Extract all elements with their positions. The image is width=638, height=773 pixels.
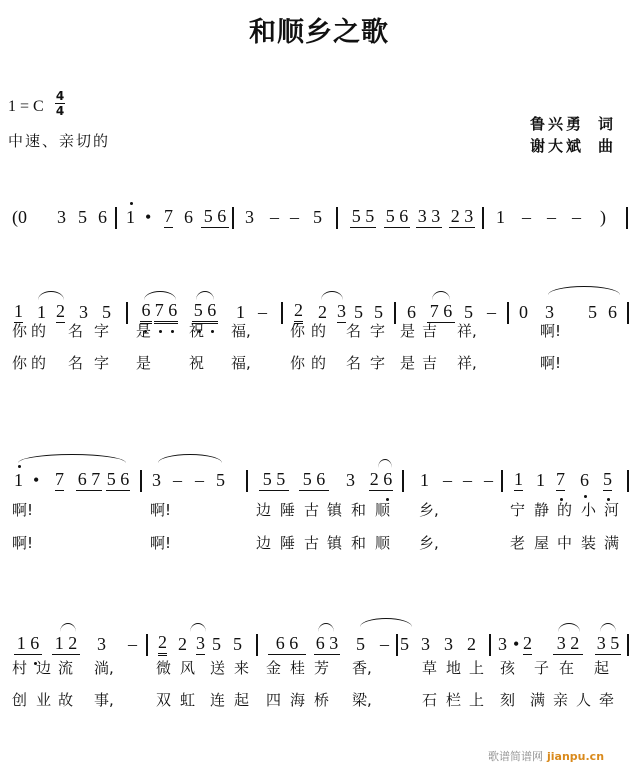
barline <box>626 207 628 229</box>
note: 3 <box>498 632 507 656</box>
lyric-verse-1: 微 <box>156 657 171 678</box>
note: 2 <box>178 632 187 656</box>
composer-role: 曲 <box>598 137 616 155</box>
octave-dot-below <box>211 330 214 333</box>
note: 3 <box>421 632 430 656</box>
barline <box>396 634 398 656</box>
lyric-verse-1: 陲 <box>280 499 295 520</box>
note: 3 <box>337 300 346 323</box>
lyric-verse-2: 海 <box>290 689 305 710</box>
note: – <box>195 468 204 492</box>
lyric-verse-2: 事, <box>94 689 114 710</box>
note: 7 <box>55 468 64 491</box>
lyric-verse-1: 字 <box>94 320 109 341</box>
note: – <box>380 632 389 656</box>
lyric-verse-2: 顺 <box>375 532 390 553</box>
notation-line-1: (03561•765 63––55 55 63 32 31–––) <box>0 205 638 235</box>
slur <box>600 623 616 632</box>
barline <box>627 302 629 324</box>
lyric-verse-1: 地 <box>446 657 461 678</box>
lyric-verse-2: 人 <box>576 689 591 710</box>
lyricist-name: 鲁兴勇 <box>530 115 584 133</box>
lyric-verse-2: 上 <box>469 689 484 710</box>
lyric-verse-2: 四 <box>266 689 281 710</box>
barline <box>627 634 629 656</box>
time-signature-bottom: 4 <box>55 105 65 117</box>
key-signature: 1 = C <box>8 98 44 116</box>
lyric-verse-2: 满 <box>604 532 619 553</box>
lyric-verse-2: 虹 <box>180 689 195 710</box>
note: 5 6 <box>384 205 410 228</box>
lyric-verse-1: 草 <box>422 657 437 678</box>
lyric-verse-1: 和 <box>351 499 366 520</box>
slur <box>144 291 176 300</box>
tempo-marking: 中速、亲切的 <box>8 130 110 151</box>
barline <box>336 207 338 229</box>
barline <box>394 302 396 324</box>
lyric-verse-2: 亲 <box>553 689 568 710</box>
lyric-verse-2: 边 <box>256 532 271 553</box>
lyric-verse-1: 金 <box>266 657 281 678</box>
octave-dot-below <box>159 330 162 333</box>
slur <box>378 459 392 468</box>
barline <box>246 470 248 492</box>
lyric-verse-2: 吉 <box>422 352 437 373</box>
note: – <box>270 205 279 229</box>
note: 3 3 <box>416 205 442 228</box>
octave-dot-above <box>18 465 21 468</box>
lyric-verse-1: 在 <box>559 657 574 678</box>
note: 5 6 <box>201 205 229 228</box>
barline <box>256 634 258 656</box>
note: – <box>463 468 472 492</box>
slur <box>321 291 343 300</box>
note: • <box>33 468 39 492</box>
lyric-verse-2: 连 <box>210 689 225 710</box>
lyricist-role: 词 <box>598 115 616 133</box>
lyric-verse-1: 祥, <box>457 320 477 341</box>
note: 5 5 <box>350 205 376 228</box>
lyric-verse-2: 你 <box>290 352 305 373</box>
note: 6 7 <box>76 468 102 491</box>
lyric-verse-2: 镇 <box>327 532 342 553</box>
lyric-verse-1: 小 <box>581 499 596 520</box>
lyric-verse-2: 双 <box>156 689 171 710</box>
note: 5 <box>356 632 365 656</box>
note: 6 3 <box>314 632 340 655</box>
note: 5 6 <box>106 468 130 491</box>
watermark-en: jianpu.cn <box>547 750 604 763</box>
lyric-verse-1: 啊! <box>150 499 171 520</box>
note: 1 <box>536 468 545 492</box>
lyric-verse-2: 是 <box>136 352 151 373</box>
lyric-verse-2: 屋 <box>534 532 549 553</box>
barline <box>146 634 148 656</box>
note: – <box>173 468 182 492</box>
note: 6 <box>98 205 107 229</box>
lyric-verse-1: 子 <box>534 657 549 678</box>
watermark: 歌谱简谱网jianpu.cn <box>488 748 604 764</box>
lyric-verse-2: 字 <box>370 352 385 373</box>
lyric-verse-1: 风 <box>180 657 195 678</box>
octave-dot-below <box>171 330 174 333</box>
octave-dot-below <box>584 495 587 498</box>
note: 6 <box>608 300 617 324</box>
note: 5 <box>313 205 322 229</box>
note: ) <box>600 205 606 229</box>
lyric-verse-2: 创 <box>12 689 27 710</box>
note: – <box>128 632 137 656</box>
lyric-verse-2: 故 <box>58 689 73 710</box>
note: 3 <box>346 468 355 492</box>
note: 3 5 <box>595 632 621 655</box>
note: 2 <box>56 300 65 323</box>
note: 7 <box>556 468 565 491</box>
note: 2 <box>523 632 532 655</box>
notation-line-3: 1•76 75 63––55 55 632 61–––11765 <box>0 468 638 498</box>
watermark-cn: 歌谱简谱网 <box>488 750 543 763</box>
barline <box>232 207 234 229</box>
lyric-verse-2: 古 <box>304 532 319 553</box>
lyric-verse-1: 古 <box>304 499 319 520</box>
lyric-verse-2: 是 <box>400 352 415 373</box>
lyric-verse-1: 乡, <box>419 499 439 520</box>
lyric-verse-1: 河 <box>604 499 619 520</box>
lyric-verse-2: 名 <box>68 352 83 373</box>
lyric-verse-2: 啊! <box>150 532 171 553</box>
note: 5 <box>588 300 597 324</box>
note: 2 6 <box>369 468 393 491</box>
note: • <box>145 205 151 229</box>
note: 0 <box>519 300 528 324</box>
note: – <box>547 205 556 229</box>
time-signature-top: 4 <box>55 90 65 102</box>
barline <box>115 207 117 229</box>
slur <box>196 291 214 300</box>
lyric-verse-2: 的 <box>31 352 46 373</box>
lyric-verse-1: 起 <box>594 657 609 678</box>
note: 1 6 <box>14 632 42 655</box>
lyric-verse-2: 桥 <box>314 689 329 710</box>
note: 5 5 <box>259 468 289 491</box>
lyric-verse-2: 的 <box>311 352 326 373</box>
lyric-verse-1: 啊! <box>540 320 561 341</box>
lyric-verse-1: 上 <box>469 657 484 678</box>
note: 2 <box>158 632 167 656</box>
slur <box>318 623 334 632</box>
note: 3 <box>152 468 161 492</box>
note: 5 <box>400 632 409 656</box>
barline <box>507 302 509 324</box>
note: 1 <box>514 468 523 491</box>
note: – <box>487 300 496 324</box>
lyric-verse-1: 祝 <box>189 320 204 341</box>
lyric-verse-2: 老 <box>510 532 525 553</box>
note: (0 <box>12 205 27 229</box>
lyric-verse-1: 的 <box>311 320 326 341</box>
note: 1 <box>14 468 23 492</box>
note: 7 6 <box>154 300 178 324</box>
slur <box>38 291 64 300</box>
composer-credit: 谢大斌曲 <box>530 135 616 156</box>
lyric-verse-1: 静 <box>534 499 549 520</box>
slur <box>18 454 126 463</box>
note: – <box>443 468 452 492</box>
note: 3 <box>245 205 254 229</box>
composer-name: 谢大斌 <box>530 137 584 155</box>
note: 6 <box>580 468 589 492</box>
note: 5 <box>603 468 612 491</box>
note: 1 <box>420 468 429 492</box>
barline <box>482 207 484 229</box>
lyric-verse-2: 满 <box>530 689 545 710</box>
lyric-verse-1: 是 <box>136 320 151 341</box>
lyric-verse-2: 祥, <box>457 352 477 373</box>
lyric-verse-1: 你 <box>290 320 305 341</box>
song-title: 和顺乡之歌 <box>0 10 638 49</box>
lyric-verse-1: 桂 <box>290 657 305 678</box>
lyric-verse-1: 孩 <box>500 657 515 678</box>
note: 6 6 <box>268 632 306 655</box>
lyric-verse-2: 字 <box>94 352 109 373</box>
lyric-verse-2: 起 <box>234 689 249 710</box>
lyric-verse-1: 名 <box>68 320 83 341</box>
lyric-verse-2: 石 <box>422 689 437 710</box>
note: 5 <box>216 468 225 492</box>
note: 3 <box>97 632 106 656</box>
barline <box>126 302 128 324</box>
lyric-verse-1: 村 <box>12 657 27 678</box>
lyric-verse-2: 梁, <box>352 689 372 710</box>
barline <box>402 470 404 492</box>
octave-dot-above <box>130 202 133 205</box>
note: 5 6 <box>299 468 329 491</box>
note: 7 <box>164 205 173 228</box>
barline <box>281 302 283 324</box>
note: 2 3 <box>449 205 475 228</box>
note: 6 <box>184 205 193 229</box>
lyric-verse-2: 牵 <box>599 689 614 710</box>
lyric-verse-2: 名 <box>346 352 361 373</box>
lyric-verse-2: 乡, <box>419 532 439 553</box>
lyric-verse-1: 淌, <box>94 657 114 678</box>
lyric-verse-1: 宁 <box>510 499 525 520</box>
lyric-verse-2: 你 <box>12 352 27 373</box>
lyric-verse-2: 祝 <box>189 352 204 373</box>
note: – <box>484 468 493 492</box>
note: 2 <box>467 632 476 656</box>
barline <box>489 634 491 656</box>
lyric-verse-2: 福, <box>231 352 251 373</box>
lyric-verse-1: 吉 <box>422 320 437 341</box>
note: 5 <box>233 632 242 656</box>
lyric-verse-1: 你 <box>12 320 27 341</box>
note: – <box>522 205 531 229</box>
lyric-verse-1: 名 <box>346 320 361 341</box>
note: 3 <box>444 632 453 656</box>
note: 3 <box>196 632 205 655</box>
lyric-verse-1: 边 <box>256 499 271 520</box>
slur <box>158 454 222 463</box>
note: 3 2 <box>553 632 583 655</box>
slur <box>190 623 206 632</box>
note: – <box>572 205 581 229</box>
time-signature: 4 4 <box>55 90 65 117</box>
slur <box>60 623 76 632</box>
lyric-verse-1: 香, <box>352 657 372 678</box>
lyric-verse-1: 的 <box>31 320 46 341</box>
note: 1 <box>126 205 135 229</box>
note: 5 <box>212 632 221 656</box>
lyric-verse-2: 装 <box>581 532 596 553</box>
note: 1 <box>496 205 505 229</box>
lyric-verse-1: 送 <box>210 657 225 678</box>
note: 5 <box>78 205 87 229</box>
lyric-verse-2: 啊! <box>540 352 561 373</box>
slur <box>558 623 580 632</box>
slur <box>432 291 450 300</box>
lyric-verse-2: 陲 <box>280 532 295 553</box>
lyric-verse-1: 字 <box>370 320 385 341</box>
lyric-verse-1: 镇 <box>327 499 342 520</box>
lyric-verse-2: 业 <box>36 689 51 710</box>
note: 3 <box>57 205 66 229</box>
note: – <box>258 300 267 324</box>
lyric-verse-1: 的 <box>557 499 572 520</box>
lyric-verse-2: 和 <box>351 532 366 553</box>
lyric-verse-2: 中 <box>557 532 572 553</box>
lyric-verse-1: 流 <box>58 657 73 678</box>
lyric-verse-1: 顺 <box>375 499 390 520</box>
barline <box>140 470 142 492</box>
note: 1 2 <box>52 632 80 655</box>
lyricist-credit: 鲁兴勇词 <box>530 113 616 134</box>
lyric-verse-1: 福, <box>231 320 251 341</box>
slur <box>360 618 412 627</box>
lyric-verse-2: 刻 <box>500 689 515 710</box>
lyric-verse-2: 栏 <box>446 689 461 710</box>
lyric-verse-1: 啊! <box>12 499 33 520</box>
lyric-verse-1: 来 <box>234 657 249 678</box>
barline <box>627 470 629 492</box>
lyric-verse-1: 芳 <box>314 657 329 678</box>
slur <box>548 286 620 295</box>
barline <box>501 470 503 492</box>
note: – <box>290 205 299 229</box>
lyric-verse-1: 是 <box>400 320 415 341</box>
lyric-verse-1: 边 <box>36 657 51 678</box>
lyric-verse-2: 啊! <box>12 532 33 553</box>
note: • <box>513 632 519 656</box>
